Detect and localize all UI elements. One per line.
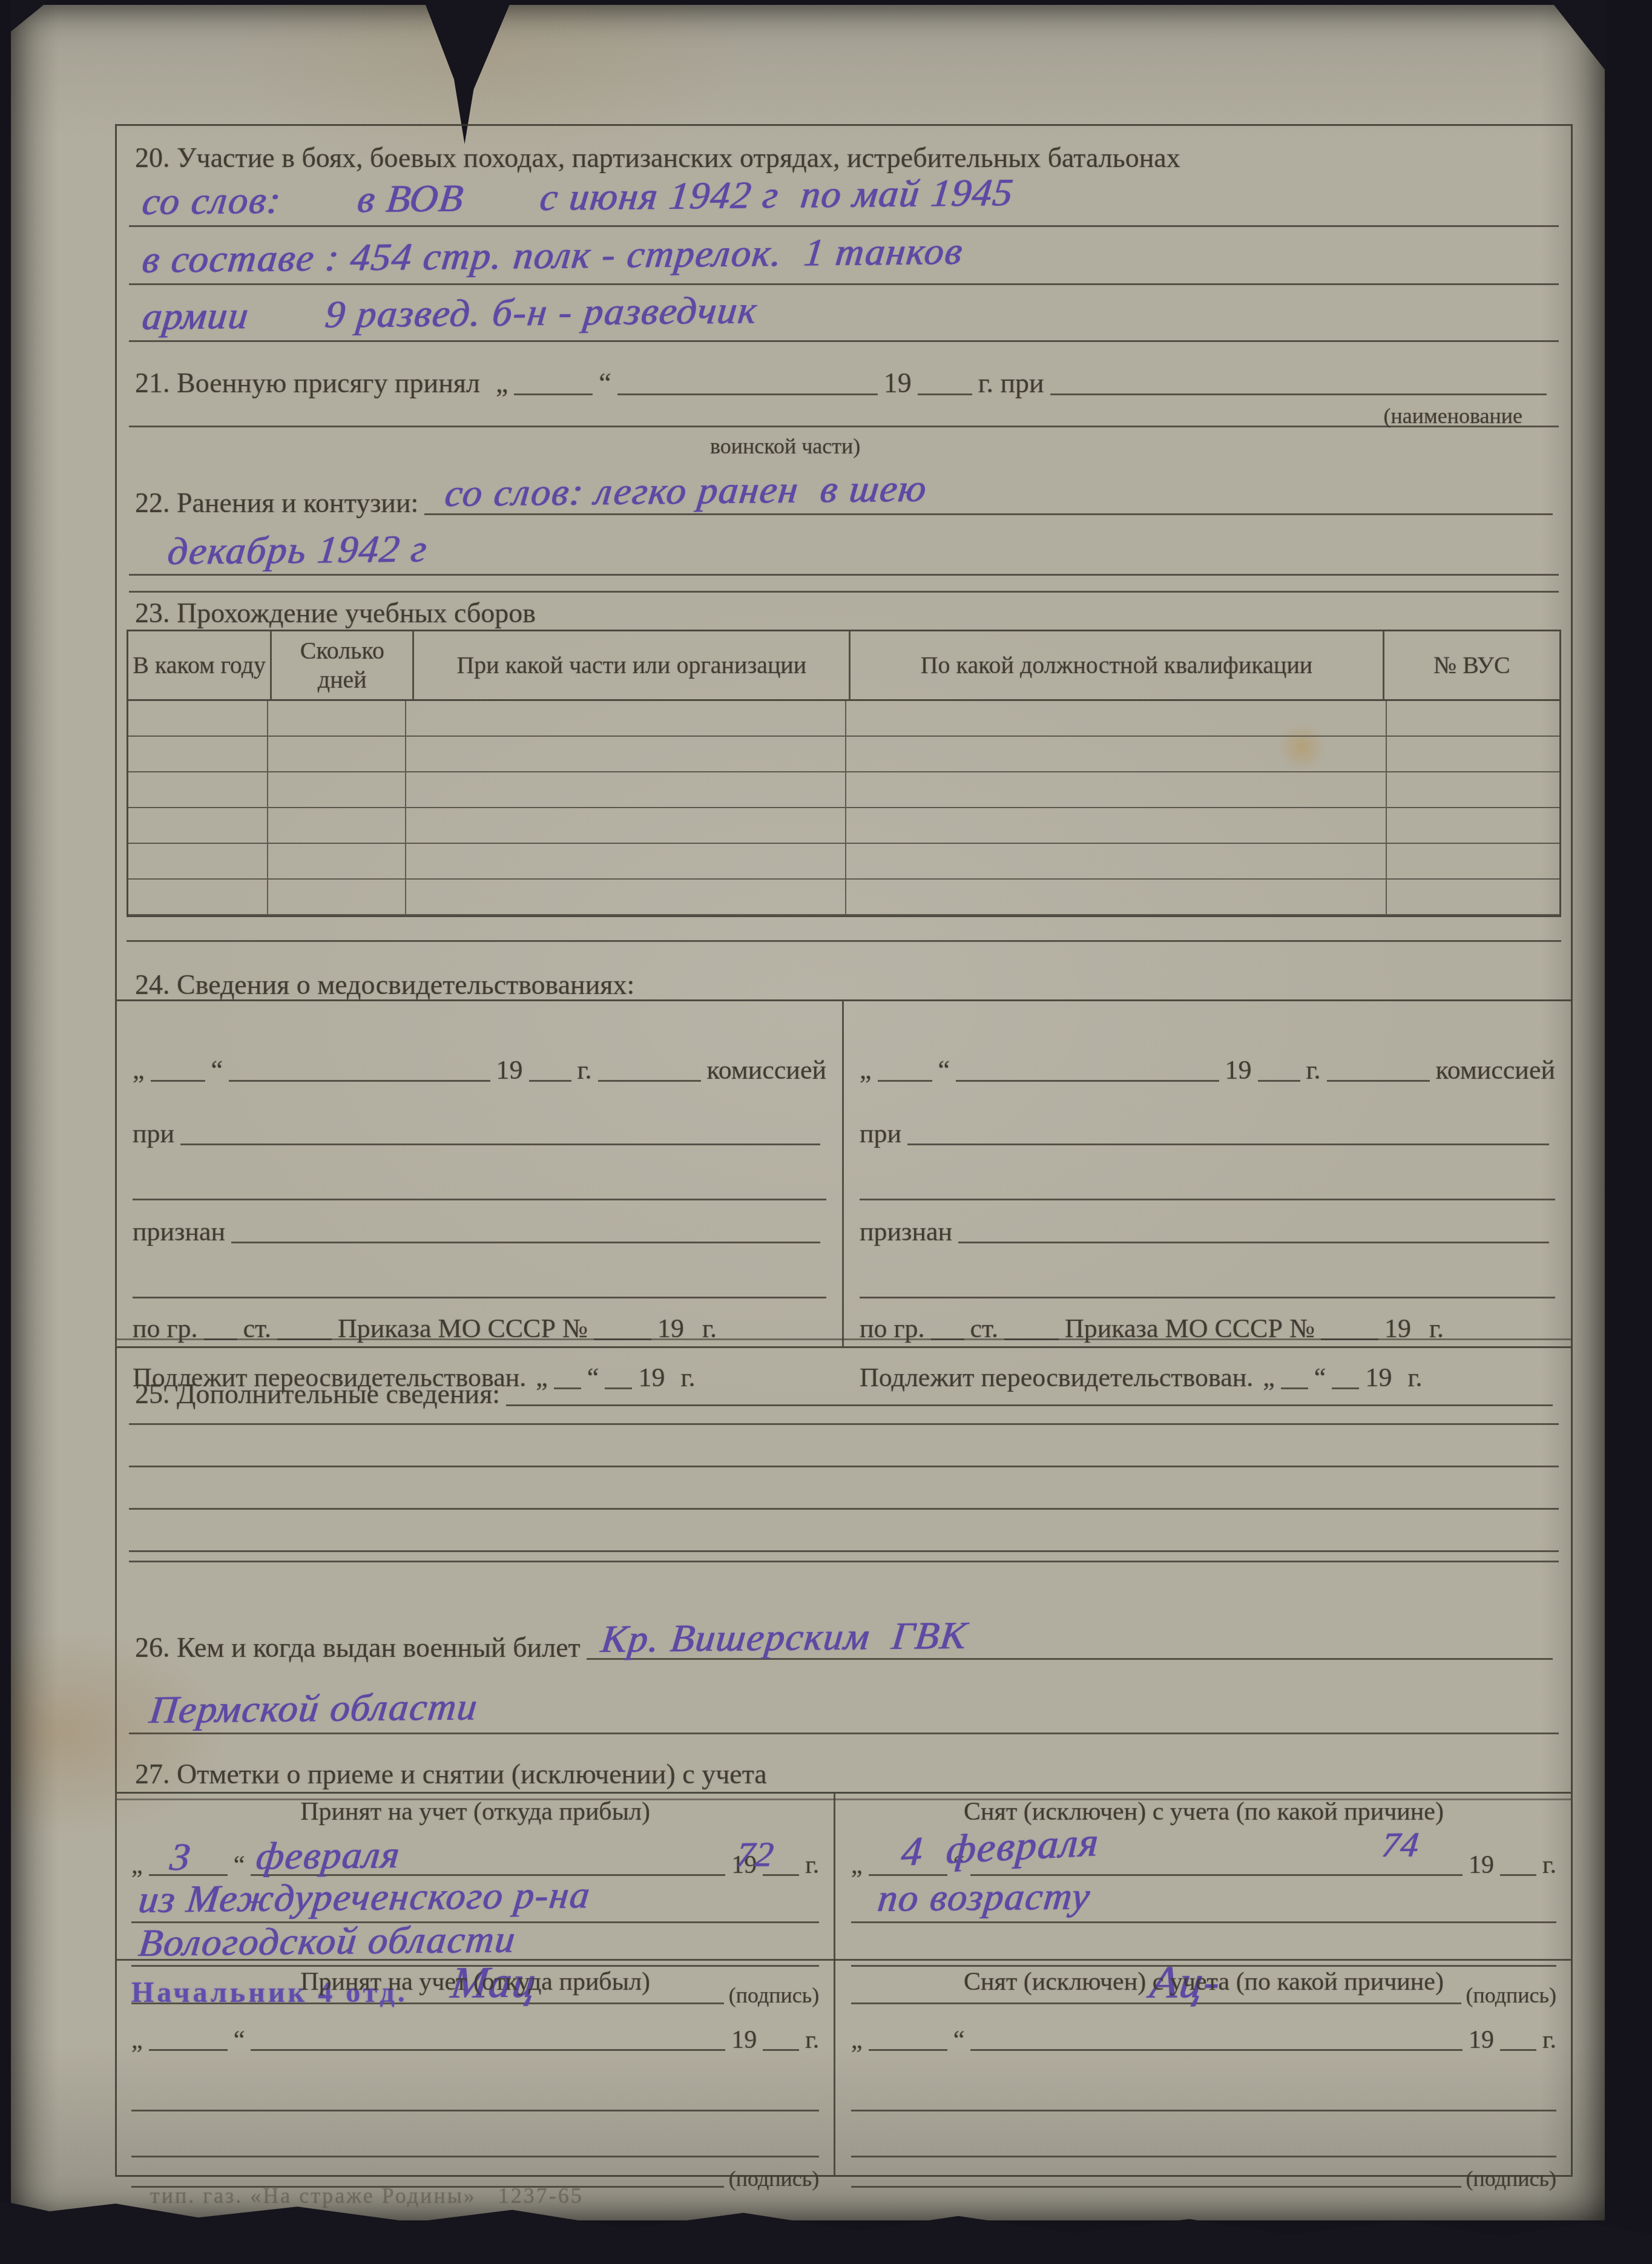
g-label: г. [805, 2025, 819, 2056]
training-camps-table: В каком году Сколько дней При какой част… [127, 630, 1561, 917]
priznan-label: признан [860, 1216, 952, 1248]
removed-header: Снят (исключен) с учета (по какой причин… [851, 1967, 1556, 1996]
ruled-line [129, 574, 1559, 593]
open-quote: „ [131, 2025, 143, 2056]
accepted-box-top: Принят на учет (откуда прибыл) „ “ 19 г.… [117, 1794, 834, 1959]
scanned-military-card-page: { "paper": { "footer": "тип. газ. «На ст… [0, 0, 1652, 2264]
g-label: г. [1306, 1055, 1321, 1087]
g-label: г. [578, 1055, 592, 1087]
prikaz-line: по гр. ст. Приказа МО СССР № 19 г. [133, 1313, 826, 1345]
blank-rule [860, 1292, 1555, 1298]
blank-line [851, 2136, 1556, 2157]
year-19: 19 [1469, 1851, 1494, 1881]
open-quote: „ [851, 1851, 863, 1881]
blank-rule [1327, 1075, 1430, 1082]
hint-voinskoy-chasti: воинской части) [710, 433, 860, 459]
blank-rule [133, 1292, 826, 1298]
pri-label: при [133, 1118, 174, 1150]
removed-box-bottom: Снят (исключен) с учета (по какой причин… [837, 1959, 1571, 2175]
table-header-row: В каком году Сколько дней При какой част… [128, 631, 1559, 701]
commission-line: „ “ 19 г. комиссией [860, 1055, 1555, 1087]
close-quote: “ [938, 1055, 950, 1087]
signature-line: (подпись) [131, 2167, 819, 2193]
ruled-line [129, 1542, 1559, 1562]
ruled-line [129, 1403, 1559, 1425]
blank-rule [860, 1194, 1555, 1200]
table-empty-row [128, 880, 1559, 915]
commission-label: комиссией [1436, 1055, 1555, 1087]
prikaz-label: Приказа МО СССР № [338, 1313, 588, 1345]
g-label: г. [805, 1851, 819, 1881]
accepted-header: Принят на учет (откуда прибыл) [131, 1967, 819, 1996]
blank-line [860, 1194, 1555, 1200]
blank-rule [229, 1075, 490, 1082]
blank-rule [1258, 1075, 1300, 1082]
signature-label: (подпись) [1466, 2166, 1556, 2193]
handwriting-removed-date: 4 февраля [900, 1818, 1101, 1876]
blank-rule [1321, 1334, 1378, 1340]
grid-vertical-divider [834, 1794, 835, 2175]
blank-rule: со слов: легко ранен в шею [424, 508, 1553, 515]
open-quote: „ [851, 2025, 863, 2056]
ruled-line: армии 9 развед. б-н - разведчик [129, 301, 1559, 342]
blank-rule [851, 2181, 1461, 2188]
year-19: 19 [496, 1055, 523, 1087]
blank-rule [131, 2181, 724, 2188]
handwriting-combat-line-1: со слов: в ВОВ с июня 1942 г по май 1945 [140, 170, 1016, 224]
blank-rule [878, 1075, 932, 1082]
blank-rule [594, 1334, 651, 1340]
g-label: г. [1542, 1851, 1556, 1881]
form-border-box: 20. Участие в боях, боевых походах, парт… [115, 124, 1573, 2177]
ruled-line [127, 940, 1561, 942]
prikaz-line: по гр. ст. Приказа МО СССР № 19 г. [860, 1313, 1555, 1345]
handwriting-accept-day-month: 3 февраля [168, 1832, 403, 1880]
blank-rule [277, 1334, 332, 1340]
ruled-line: декабрь 1942 г [129, 536, 1559, 576]
blank-rule [1500, 1869, 1536, 1876]
blank-rule [763, 2044, 799, 2051]
blank-rule [958, 1237, 1549, 1243]
column-header-qualification: По какой должностной квалификации [851, 631, 1384, 699]
blank-rule [131, 2105, 819, 2111]
handwriting-accept-year: 72 [734, 1834, 777, 1875]
blank-rule [149, 2044, 228, 2051]
priznan-line: признан [133, 1216, 826, 1248]
signature-line: (подпись) [851, 2167, 1556, 2193]
blank-rule [131, 2151, 819, 2157]
open-quote: „ [131, 1851, 143, 1881]
removed-header: Снят (исключен) с учета (по какой причин… [851, 1797, 1556, 1826]
blank-line [851, 2090, 1556, 2111]
registration-grid: Принят на учет (откуда прибыл) „ “ 19 г.… [117, 1792, 1571, 2175]
blank-rule [1500, 2044, 1536, 2051]
blank-rule [251, 2044, 725, 2051]
handwriting-combat-line-3: армии 9 развед. б-н - разведчик [140, 288, 760, 339]
year-19: 19 [1384, 1313, 1411, 1345]
issued-by-line: 26. Кем и когда выдан военный билет Кр. … [135, 1626, 1559, 1665]
st-label: ст. [243, 1313, 271, 1345]
section-23-label: 23. Прохождение учебных сборов [135, 597, 536, 629]
table-empty-row [128, 701, 1559, 737]
blank-rule [907, 1139, 1549, 1145]
ruled-line [129, 392, 1559, 427]
blank-line [131, 2136, 819, 2157]
handwriting-removed-reason: по возрасту [875, 1874, 1093, 1921]
blank-rule [1004, 1334, 1059, 1340]
pri-line: при [133, 1118, 826, 1150]
handwriting-issued-by-line-2: Пермской области [147, 1684, 480, 1733]
blank-rule [231, 1237, 820, 1243]
signature-label: (подпись) [729, 2166, 819, 2193]
priznan-line: признан [860, 1216, 1555, 1248]
pri-line: при [860, 1118, 1555, 1150]
pri-label: при [860, 1118, 901, 1150]
section-24-label: 24. Сведения о медосвидетельствованиях: [135, 969, 634, 1001]
commission-label: комиссией [707, 1055, 826, 1087]
handwriting-accept-from: из Междуреченского р-на [136, 1872, 593, 1922]
column-header-vus: № ВУС [1384, 631, 1559, 699]
commission-line: „ “ 19 г. комиссией [133, 1055, 826, 1087]
blank-rule [970, 2044, 1463, 2051]
blank-rule [151, 1075, 205, 1082]
handwriting-combat-line-2: в составе : 454 стр. полк - стрелок. 1 т… [140, 229, 966, 282]
blank-rule [851, 2105, 1556, 2111]
blank-rule [956, 1075, 1219, 1082]
medical-column-left: „ “ 19 г. комиссией при признан по [117, 1001, 844, 1346]
table-empty-row [128, 808, 1559, 844]
column-header-unit: При какой части или организации [414, 631, 851, 699]
table-empty-row [128, 844, 1559, 880]
column-header-days: Сколько дней [272, 631, 414, 699]
section-27-label: 27. Отметки о приеме и снятии (исключени… [135, 1758, 767, 1790]
blank-rule [931, 1334, 964, 1340]
table-empty-row [128, 772, 1559, 808]
section-20-label: 20. Участие в боях, боевых походах, парт… [135, 142, 1180, 174]
ruled-line: Пермской области [129, 1695, 1559, 1734]
ruled-line: в составе : 454 стр. полк - стрелок. 1 т… [129, 245, 1559, 285]
accepted-header: Принят на учет (откуда прибыл) [131, 1797, 819, 1826]
date-line: „ “ 19 г. [131, 2025, 819, 2056]
open-quote: „ [860, 1055, 872, 1087]
section-22-label: 22. Ранения и контузии: [135, 487, 418, 520]
po-gr-label: по гр. [133, 1313, 198, 1345]
year-19: 19 [1225, 1055, 1252, 1087]
blank-rule [529, 1075, 571, 1082]
removed-reason-line: по возрасту [851, 1899, 1556, 1923]
column-header-year: В каком году [128, 631, 272, 699]
prikaz-label: Приказа МО СССР № [1065, 1313, 1315, 1345]
blank-rule: Кр. Вишерским ГВК [587, 1653, 1553, 1660]
blank-rule [180, 1139, 820, 1145]
year-19: 19 [1469, 2025, 1494, 2056]
table-empty-row [128, 737, 1559, 772]
blank-line [131, 2090, 819, 2111]
close-quote: “ [953, 2025, 965, 2056]
close-quote: “ [211, 1055, 223, 1087]
blank-rule [598, 1075, 701, 1082]
ruled-line [129, 1488, 1559, 1510]
wounds-line: 22. Ранения и контузии: со слов: легко р… [135, 487, 1559, 520]
open-quote: „ [133, 1055, 145, 1087]
po-gr-label: по гр. [860, 1313, 925, 1345]
blank-rule [851, 2151, 1556, 2157]
accepted-box-bottom: Принят на учет (откуда прибыл) „ “ 19 г.… [117, 1959, 834, 2175]
blank-rule [204, 1334, 237, 1340]
handwriting-issued-by-line-1: Кр. Вишерским ГВК [599, 1613, 970, 1662]
handwriting-removed-year: 74 [1380, 1824, 1422, 1865]
medical-examinations-box: „ “ 19 г. комиссией при признан по [117, 999, 1571, 1348]
blank-rule [133, 1194, 826, 1200]
year-19: 19 [657, 1313, 684, 1345]
ruled-line: со слов: в ВОВ с июня 1942 г по май 1945 [129, 186, 1559, 227]
ruled-line [129, 1446, 1559, 1467]
medical-column-right: „ “ 19 г. комиссией при признан по [844, 1001, 1571, 1346]
close-quote: “ [234, 2025, 245, 2056]
blank-rule [869, 2044, 947, 2051]
priznan-label: признан [133, 1216, 225, 1248]
year-19: 19 [731, 2025, 757, 2056]
blank-line [860, 1292, 1555, 1298]
handwriting-wounds-line-2: декабрь 1942 г [165, 527, 430, 574]
g-label: г. [702, 1313, 717, 1345]
blank-line [133, 1292, 826, 1298]
g-label: г. [1429, 1313, 1444, 1345]
g-label: г. [1542, 2025, 1556, 2056]
st-label: ст. [970, 1313, 998, 1345]
removed-box-top: Снят (исключен) с учета (по какой причин… [837, 1794, 1571, 1959]
blank-line [133, 1194, 826, 1200]
handwriting-wounds-line-1: со слов: легко ранен в шею [443, 466, 929, 516]
section-26-label: 26. Кем и когда выдан военный билет [135, 1631, 581, 1665]
date-line: „ “ 19 г. [851, 2025, 1556, 2056]
